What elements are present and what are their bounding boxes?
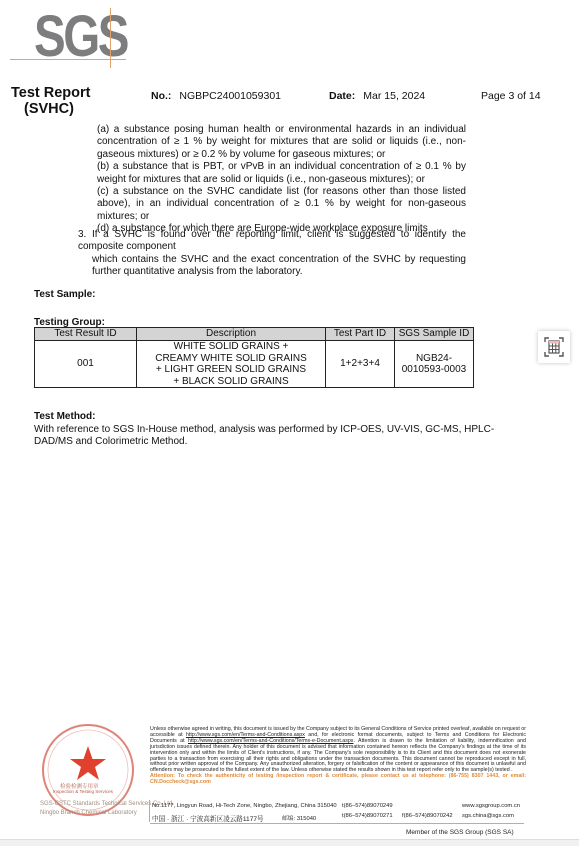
note-3-rest: which contains the SVHC and the exact co…: [78, 254, 466, 279]
footer-rule-vertical: [149, 800, 150, 822]
telephone-2: t(86–574)89070271: [342, 813, 393, 819]
cell-result-id: 001: [35, 341, 137, 388]
sgs-logo: SGS: [34, 8, 127, 66]
criteria-item: (c) a substance on the SVHC candidate li…: [97, 186, 466, 223]
criteria-item: (a) a substance posing human health or e…: [97, 124, 466, 161]
telephone-1: t(86–574)89070249: [342, 803, 393, 809]
col-test-result-id: Test Result ID: [35, 328, 137, 341]
logo-rule-horizontal: [10, 59, 126, 60]
address-english: No.1177, Lingyun Road, Hi-Tech Zone, Nin…: [152, 803, 337, 809]
report-number: No.:NGBPC24001059301: [151, 90, 281, 102]
testing-group-table: Test Result ID Description Test Part ID …: [34, 327, 474, 388]
table-extract-icon: [543, 336, 565, 358]
report-date-value: Mar 15, 2024: [363, 90, 425, 102]
website-link[interactable]: www.sgsgroup.com.cn: [462, 803, 520, 809]
postcode: 邮编: 315040: [282, 813, 316, 822]
col-sgs-sample-id: SGS Sample ID: [395, 328, 474, 341]
svhc-criteria-list: (a) a substance posing human health or e…: [97, 124, 466, 236]
note-3-first: 3. If a SVHC is found over the reporting…: [78, 229, 466, 252]
test-method-text: With reference to SGS In-House method, a…: [34, 424, 504, 449]
member-statement: Member of the SGS Group (SGS SA): [406, 829, 514, 836]
fax: f(86–574)89070242: [402, 813, 453, 819]
report-number-value: NGBPC24001059301: [179, 90, 281, 102]
table-row: 001 WHITE SOLID GRAINS + CREAMY WHITE SO…: [35, 341, 474, 388]
legal-disclaimer: Unless otherwise agreed in writing, this…: [150, 727, 526, 786]
logo-rule-vertical: [110, 8, 111, 68]
authenticity-notice: Attention: To check the authenticity of …: [150, 774, 526, 786]
stamp-caption-branch: Ningbo Branch Chemical Laboratory: [40, 810, 137, 816]
report-date: Date:Mar 15, 2024: [329, 90, 425, 102]
cell-description: WHITE SOLID GRAINS + CREAMY WHITE SOLID …: [137, 341, 326, 388]
criteria-item: (b) a substance that is PBT, or vPvB in …: [97, 161, 466, 186]
test-sample-label: Test Sample:: [34, 289, 96, 300]
col-test-part-id: Test Part ID: [326, 328, 395, 341]
note-3: 3. If a SVHC is found over the reporting…: [78, 229, 466, 279]
report-number-label: No.:: [151, 90, 171, 102]
footer-rule-horizontal: [150, 823, 524, 824]
report-subtitle: (SVHC): [24, 101, 74, 117]
report-title: Test Report: [11, 85, 91, 101]
page-indicator: Page 3 of 14: [481, 90, 541, 102]
address-chinese: 中国 · 浙江 · 宁波高新区凌云路1177号: [152, 813, 264, 823]
email-link[interactable]: sgs.china@sgs.com: [462, 813, 514, 819]
cell-part-id: 1+2+3+4: [326, 341, 395, 388]
cell-sample-id: NGB24-0010593-0003: [395, 341, 474, 388]
viewer-bottom-edge: [0, 839, 579, 846]
table-extract-button[interactable]: [538, 331, 570, 363]
report-date-label: Date:: [329, 90, 355, 102]
col-description: Description: [137, 328, 326, 341]
test-method-label: Test Method:: [34, 411, 95, 422]
stamp-subtext: Inspection & Testing Services: [53, 789, 113, 794]
